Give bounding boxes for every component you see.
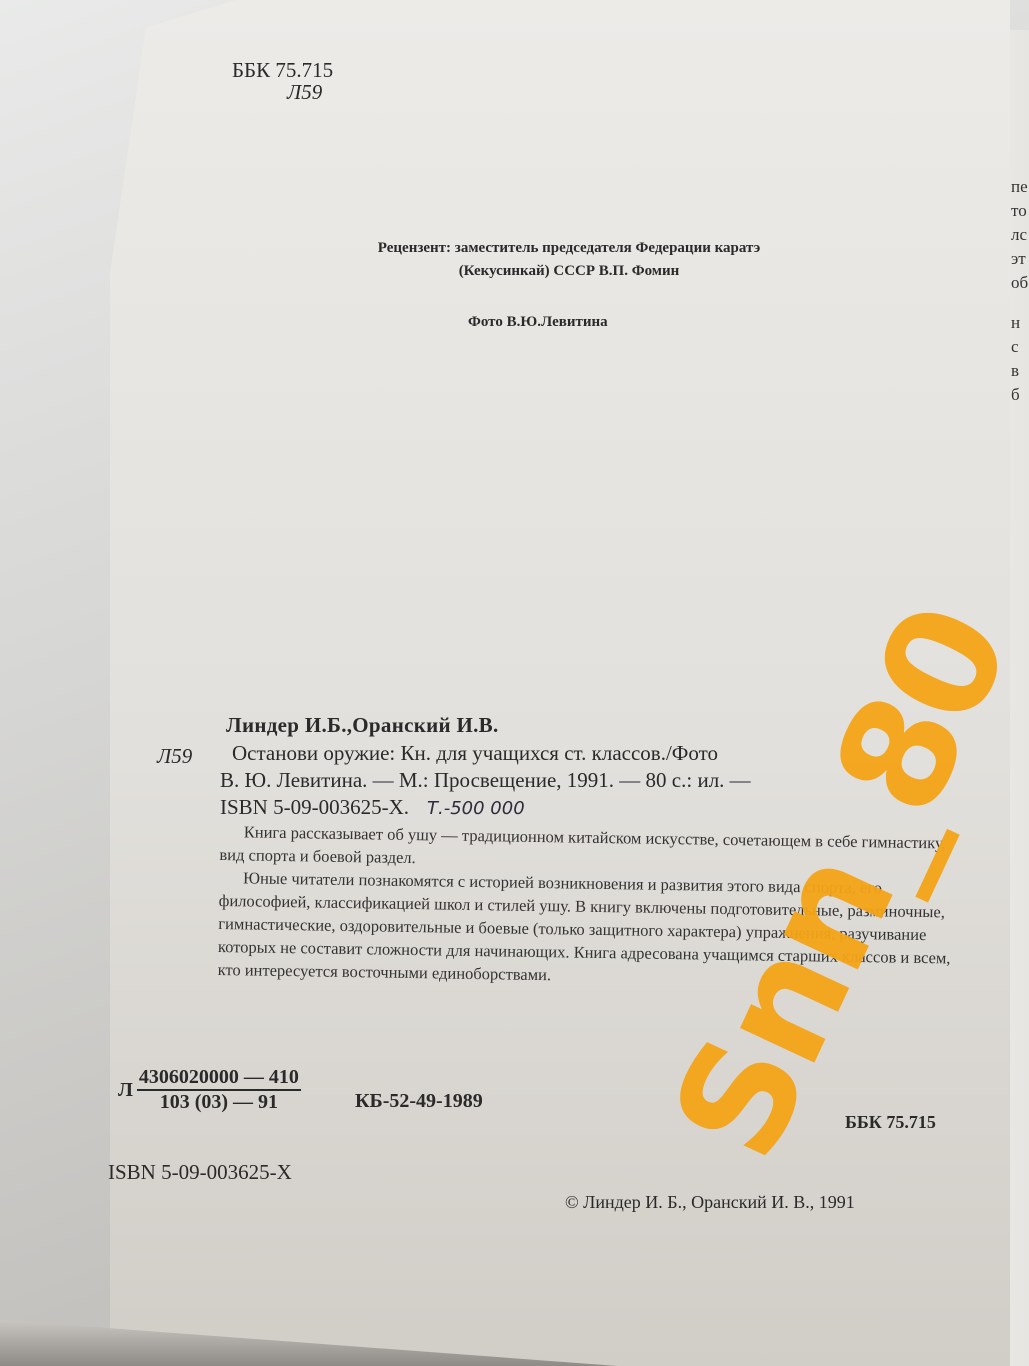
author-mark-left: Л59 <box>157 744 192 769</box>
next-page-text-fragment: с <box>1011 335 1019 359</box>
photo-credit: Фото В.Ю.Левитина <box>468 314 608 331</box>
next-page-text-fragment: б <box>1011 383 1020 407</box>
next-page-text-fragment: эт <box>1011 247 1026 271</box>
next-page-text-fragment: пе <box>1011 175 1028 199</box>
reviewer-credit: Рецензент: заместитель председателя Феде… <box>334 237 804 283</box>
copyright-notice: © Линдер И. Б., Оранский И. В., 1991 <box>565 1192 855 1213</box>
handwritten-print-run: Т.-500 000 <box>427 798 525 819</box>
index-code-numerator: 4306020000 — 410 <box>137 1066 301 1091</box>
kb-code: КБ-52-49-1989 <box>355 1090 483 1113</box>
author-mark-top: Л59 <box>287 80 322 105</box>
index-code: Л 4306020000 — 410 103 (03) — 91 <box>118 1066 301 1114</box>
bib-isbn: ISBN 5-09-003625-Х. <box>220 795 409 819</box>
next-page-text-fragment: в <box>1011 359 1019 383</box>
bbk-classification-bottom: ББК 75.715 <box>845 1112 936 1133</box>
index-code-denominator: 103 (03) — 91 <box>158 1091 280 1114</box>
next-page-text-fragment: лс <box>1011 223 1027 247</box>
authors-heading: Линдер И.Б.,Оранский И.В. <box>226 713 499 738</box>
next-page-text-fragment: н <box>1011 311 1020 335</box>
index-code-prefix: Л <box>118 1079 133 1102</box>
next-page-text-fragment: об <box>1011 271 1028 295</box>
next-page-text-fragment: то <box>1011 199 1027 223</box>
index-code-fraction: 4306020000 — 410 103 (03) — 91 <box>137 1066 301 1114</box>
isbn: ISBN 5-09-003625-Х <box>108 1160 292 1185</box>
